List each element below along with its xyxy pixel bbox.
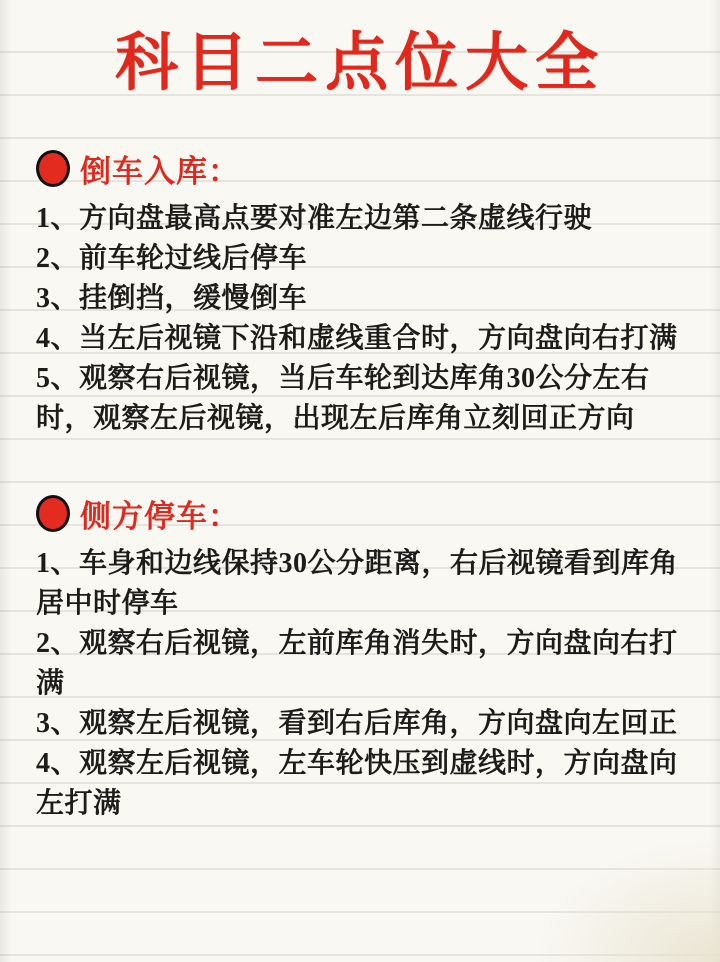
content-area: 倒车入库： 1、方向盘最高点要对准左边第二条虚线行驶 2、前车轮过线后停车 3、…: [0, 146, 720, 824]
section-header: 倒车入库：: [36, 146, 680, 191]
section-parallel-parking: 侧方停车： 1、车身和边线保持30公分距离，右后视镜看到库角居中时停车 2、观察…: [36, 491, 680, 824]
list-item: 4、当左后视镜下沿和虚线重合时，方向盘向右打满: [36, 319, 680, 359]
red-circle-icon: [36, 150, 70, 187]
paper-corner-curl: [500, 812, 720, 962]
list-item: 3、观察左后视镜，看到右后库角，方向盘向左回正: [36, 704, 680, 744]
step-list: 1、方向盘最高点要对准左边第二条虚线行驶 2、前车轮过线后停车 3、挂倒挡，缓慢…: [36, 199, 680, 439]
notepad-page: 科目二点位大全 倒车入库： 1、方向盘最高点要对准左边第二条虚线行驶 2、前车轮…: [0, 0, 720, 962]
list-item: 1、方向盘最高点要对准左边第二条虚线行驶: [36, 199, 680, 239]
section-heading: 侧方停车：: [80, 491, 240, 536]
list-item: 1、车身和边线保持30公分距离，右后视镜看到库角居中时停车: [36, 544, 680, 624]
section-reverse-parking: 倒车入库： 1、方向盘最高点要对准左边第二条虚线行驶 2、前车轮过线后停车 3、…: [36, 146, 680, 439]
list-item: 4、观察左后视镜，左车轮快压到虚线时，方向盘向左打满: [36, 744, 680, 824]
list-item: 5、观察右后视镜，当后车轮到达库角30公分左右时，观察左后视镜，出现左后库角立刻…: [36, 359, 680, 439]
page-title: 科目二点位大全: [0, 0, 720, 102]
red-circle-icon: [36, 495, 70, 532]
list-item: 3、挂倒挡，缓慢倒车: [36, 279, 680, 319]
section-header: 侧方停车：: [36, 491, 680, 536]
step-list: 1、车身和边线保持30公分距离，右后视镜看到库角居中时停车 2、观察右后视镜，左…: [36, 544, 680, 824]
list-item: 2、前车轮过线后停车: [36, 239, 680, 279]
section-heading: 倒车入库：: [80, 146, 240, 191]
list-item: 2、观察右后视镜，左前库角消失时，方向盘向右打满: [36, 624, 680, 704]
